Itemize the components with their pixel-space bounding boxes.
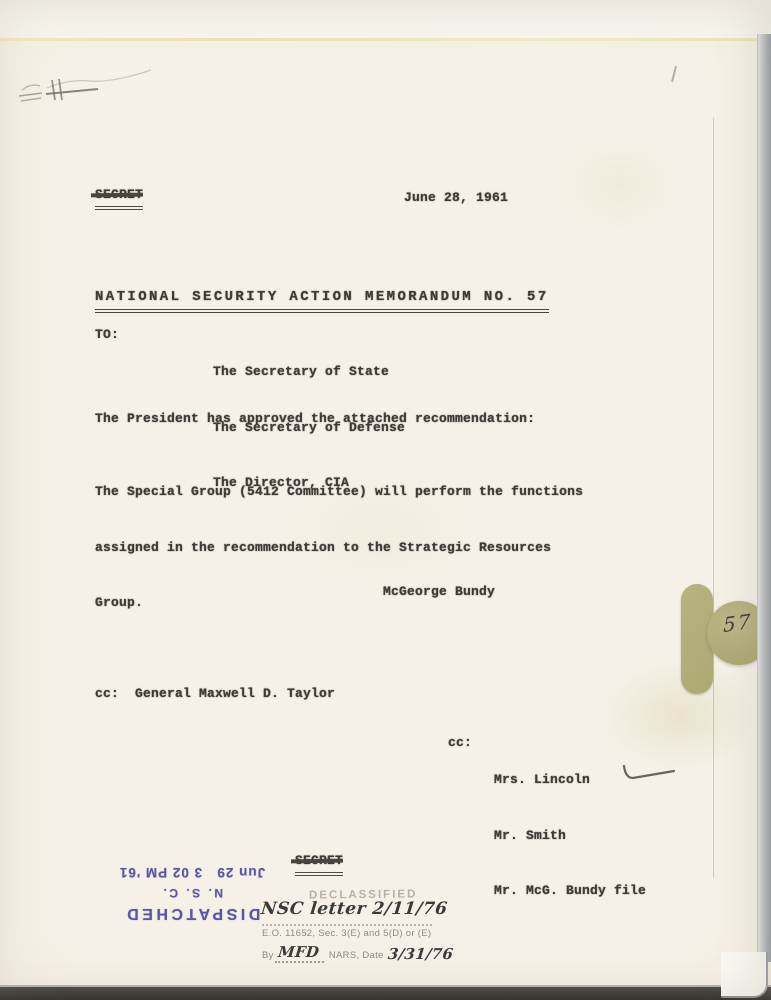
- nars-date-label: NARS, Date: [329, 950, 384, 961]
- classification-stamp-bottom: SECRET: [295, 852, 343, 876]
- classification-stamp-top: SECRET: [95, 186, 143, 210]
- pencil-scribble: [16, 66, 166, 110]
- declassified-authority-handwritten: NSC letter 2/11/76: [260, 899, 449, 919]
- recipient: The Secretary of State: [213, 363, 405, 382]
- pencil-tick-mark: [671, 66, 677, 82]
- document-date: June 28, 1961: [404, 189, 508, 208]
- dispatched-stamp-org: N. S. C.: [108, 886, 276, 900]
- cc-secondary: cc: Mrs. Lincoln Mr. Smith Mr. McG. Bund…: [448, 734, 646, 938]
- paper-stain: [560, 140, 680, 230]
- pencil-check-mark: [620, 764, 678, 786]
- body-line: assigned in the recommendation to the St…: [95, 539, 583, 558]
- strikethrough-line: [291, 859, 343, 863]
- paper-top-edge: [0, 38, 771, 41]
- cc-name: Mr. Smith: [494, 827, 646, 846]
- declassified-by-line: By MFD NARS, Date 3/31/76: [262, 941, 453, 961]
- index-tab-number-handwritten: 57: [723, 609, 752, 637]
- memo-title: NATIONAL SECURITY ACTION MEMORANDUM NO. …: [95, 288, 549, 313]
- cc-name: Mr. McG. Bundy file: [494, 882, 646, 901]
- body-paragraph-1: The President has approved the attached …: [95, 410, 535, 429]
- to-label: TO:: [95, 326, 119, 345]
- paper-crease-line: [713, 118, 714, 878]
- declassified-date-handwritten: 3/31/76: [387, 945, 454, 963]
- by-label: By: [262, 950, 274, 961]
- body-line: Group.: [95, 594, 583, 613]
- strikethrough-line: [91, 193, 143, 197]
- dispatched-stamp-word: DISPATCHED: [108, 904, 276, 922]
- body-paragraph-2: The Special Group (5412 Committee) will …: [95, 446, 583, 650]
- dispatched-stamp: DISPATCHED N. S. C. Jun 29 3 02 PM '61: [108, 834, 276, 922]
- scanner-top-strip: [0, 0, 771, 39]
- scan-right-edge: [757, 34, 771, 962]
- declassified-eo-line: E.O. 11652, Sec. 3(E) and 5(D) or (E): [262, 928, 431, 939]
- stamp-dotted-line: [262, 924, 432, 926]
- page-bottom-corner: [721, 952, 768, 998]
- scan-bottom-edge: [0, 985, 771, 1000]
- body-line: The Special Group (5412 Committee) will …: [95, 483, 583, 502]
- cc-primary: cc: General Maxwell D. Taylor: [95, 685, 335, 704]
- scanned-memo-page: SECRET June 28, 1961 NATIONAL SECURITY A…: [0, 0, 771, 1000]
- dispatched-stamp-datetime: Jun 29 3 02 PM '61: [108, 865, 276, 880]
- cc-label: cc:: [448, 734, 472, 938]
- signature-name: McGeorge Bundy: [383, 583, 495, 602]
- by-initials-handwritten: MFD: [275, 943, 326, 963]
